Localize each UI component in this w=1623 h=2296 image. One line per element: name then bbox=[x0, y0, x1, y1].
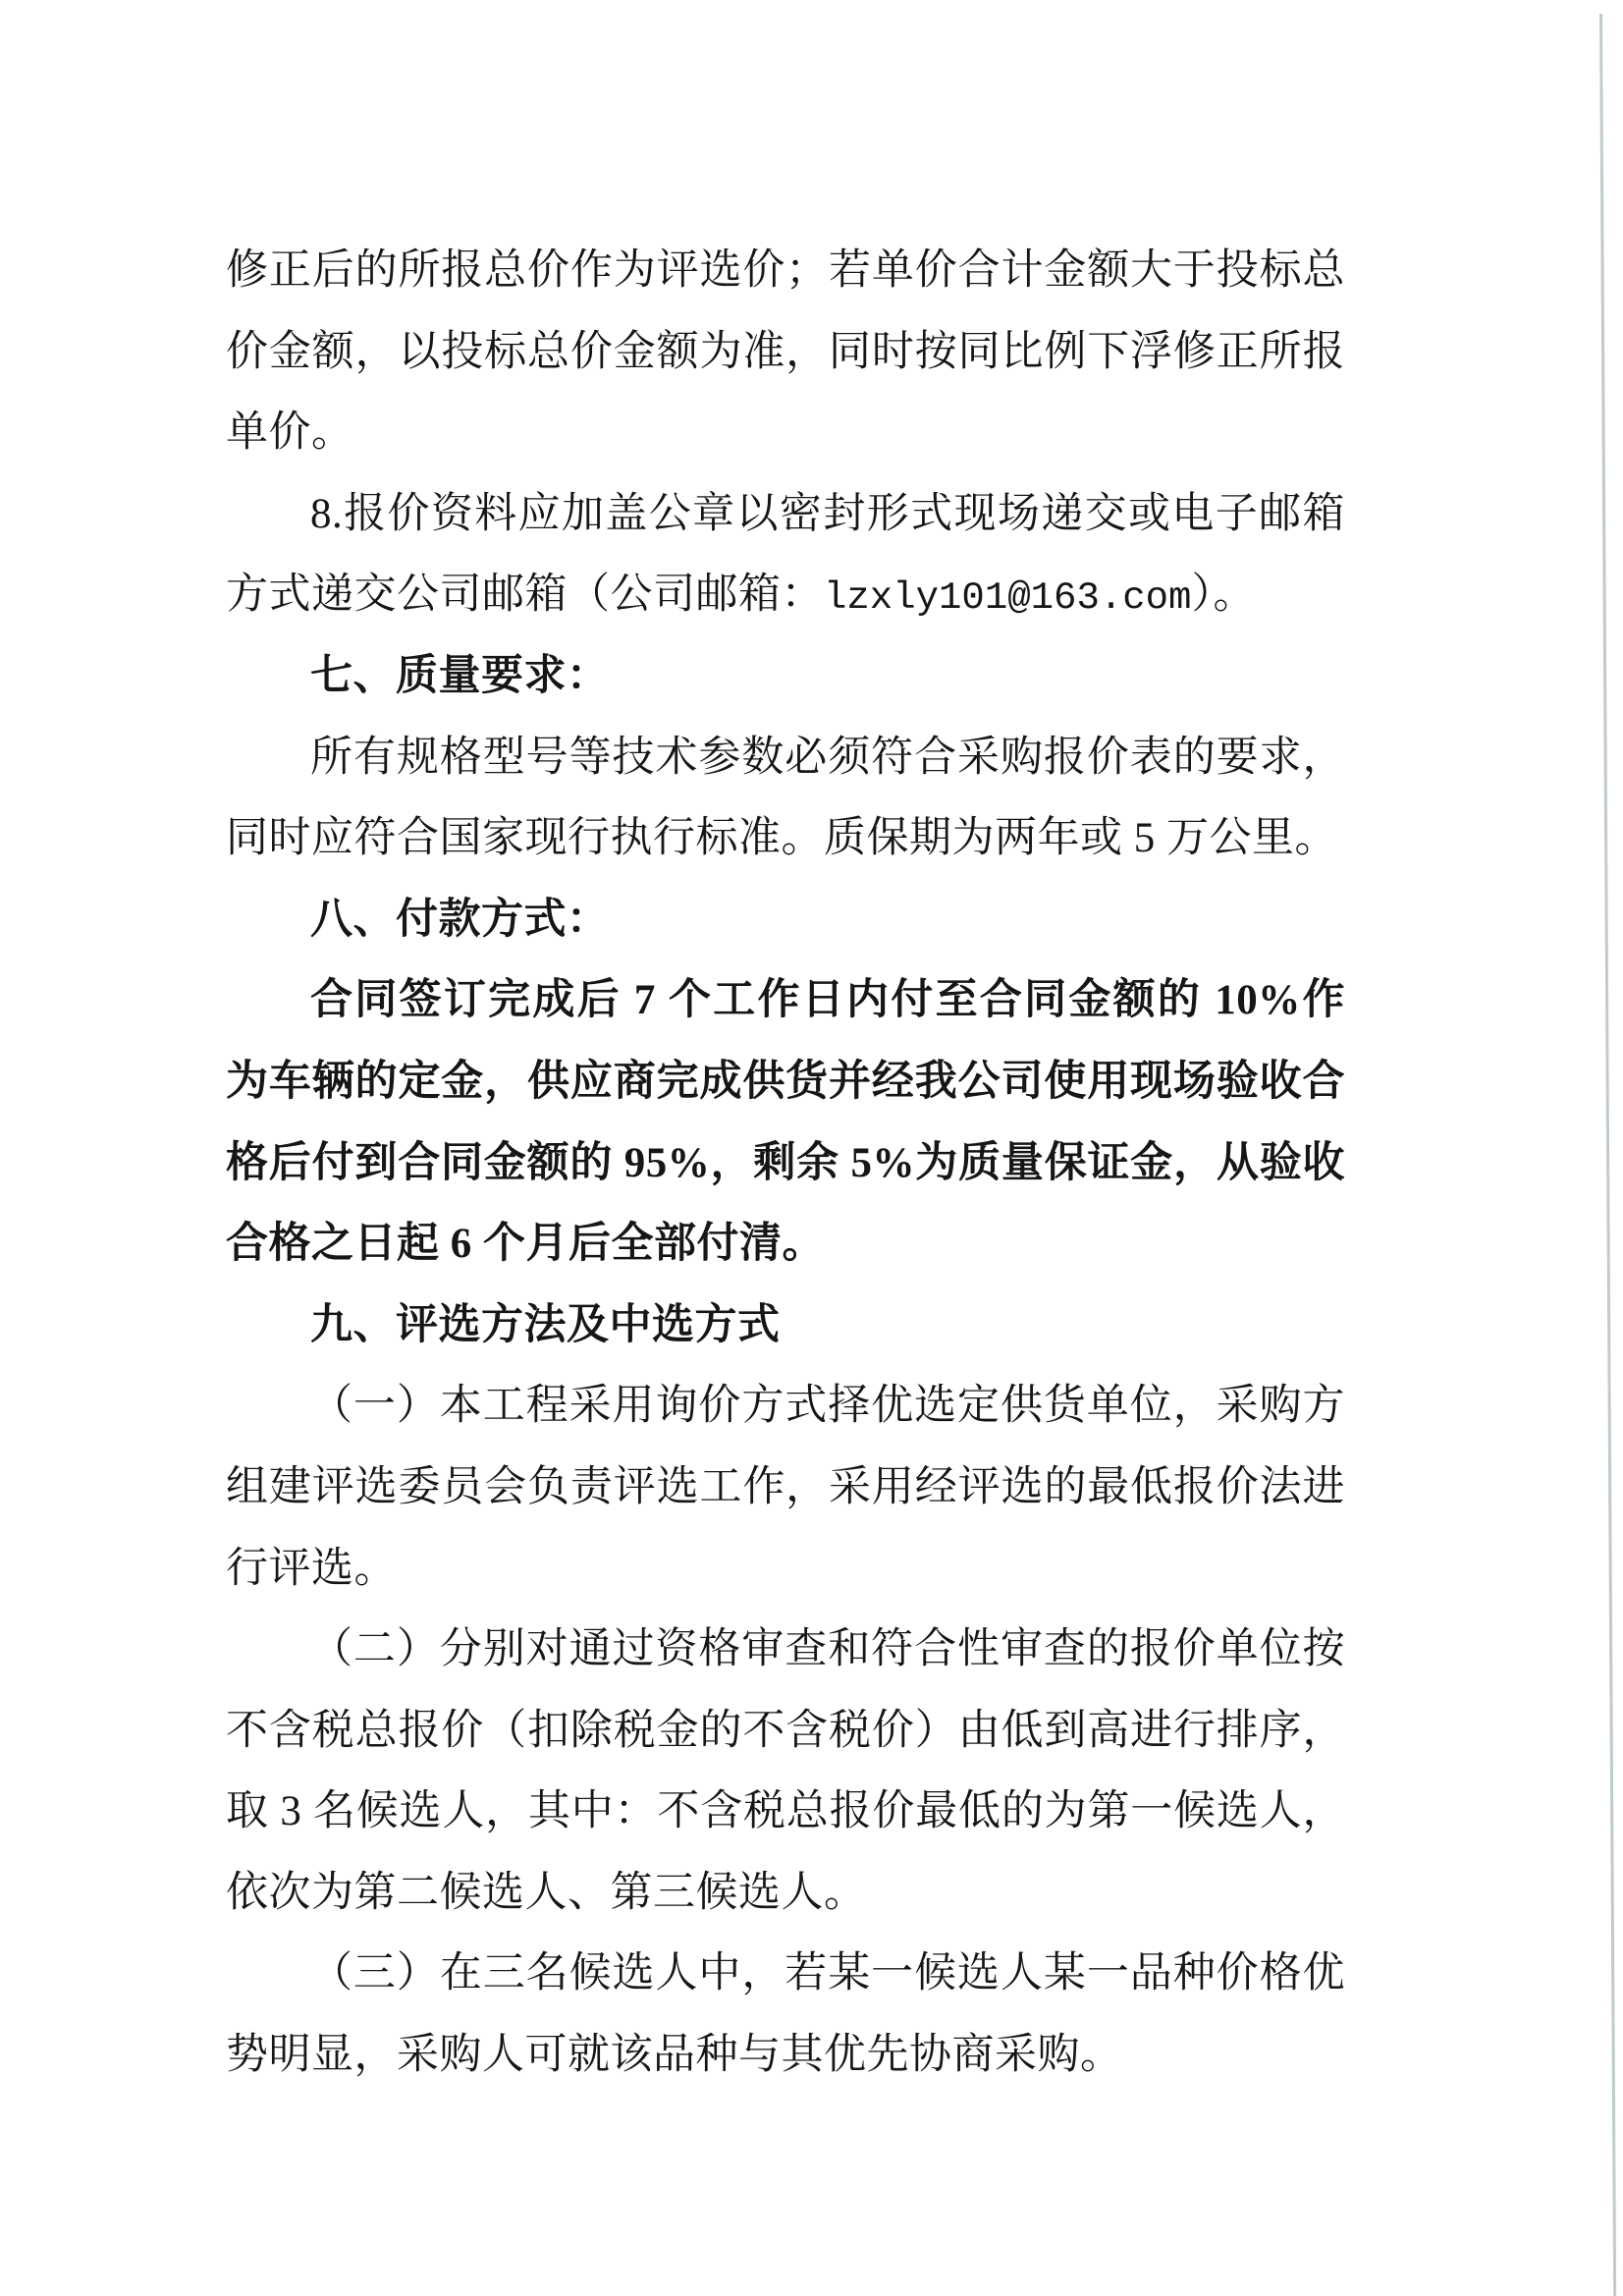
text-line: 合格之日起 6 个月后全部付清。 bbox=[226, 1204, 1345, 1285]
text-line: 所有规格型号等技术参数必须符合采购报价表的要求， bbox=[226, 718, 1345, 799]
text-line-item-2: （二）分别对通过资格审查和符合性审查的报价单位按 bbox=[226, 1610, 1345, 1691]
text-line-email: 方式递交公司邮箱（公司邮箱：lzxly101@163.com）。 bbox=[226, 555, 1345, 636]
email-line-prefix: 方式递交公司邮箱（公司邮箱： bbox=[226, 572, 824, 618]
text-line: 不含税总报价（扣除税金的不含税价）由低到高进行排序， bbox=[226, 1691, 1345, 1773]
email-line-suffix: ）。 bbox=[1191, 572, 1256, 618]
text-line-item-8: 8.报价资料应加盖公章以密封形式现场递交或电子邮箱 bbox=[226, 474, 1345, 556]
section-heading-evaluation: 九、评选方法及中选方式 bbox=[226, 1285, 1345, 1367]
text-line: 依次为第二候选人、第三候选人。 bbox=[226, 1853, 1345, 1935]
email-address: lzxly101@163.com bbox=[824, 576, 1191, 620]
page-edge-artifact-line bbox=[1599, 14, 1616, 2296]
text-line: 格后付到合同金额的 95%，剩余 5%为质量保证金，从验收 bbox=[226, 1123, 1345, 1205]
text-line-item-3: （三）在三名候选人中，若某一候选人某一品种价格优 bbox=[226, 1934, 1345, 2015]
text-line: 势明显，采购人可就该品种与其优先协商采购。 bbox=[226, 2015, 1345, 2097]
text-line: 单价。 bbox=[226, 393, 1345, 474]
text-line-item-1: （一）本工程采用询价方式择优选定供货单位，采购方 bbox=[226, 1366, 1345, 1448]
text-line: 合同签订完成后 7 个工作日内付至合同金额的 10%作 bbox=[226, 960, 1345, 1042]
text-line: 价金额，以投标总价金额为准，同时按同比例下浮修正所报 bbox=[226, 312, 1345, 394]
section-heading-payment: 八、付款方式： bbox=[226, 880, 1345, 961]
section-heading-quality: 七、质量要求： bbox=[226, 636, 1345, 718]
text-line: 行评选。 bbox=[226, 1529, 1345, 1611]
text-line: 为车辆的定金，供应商完成供货并经我公司使用现场验收合 bbox=[226, 1042, 1345, 1123]
text-line: 组建评选委员会负责评选工作，采用经评选的最低报价法进 bbox=[226, 1448, 1345, 1529]
document-body: 修正后的所报总价作为评选价；若单价合计金额大于投标总 价金额，以投标总价金额为准… bbox=[226, 231, 1345, 2097]
text-line: 修正后的所报总价作为评选价；若单价合计金额大于投标总 bbox=[226, 231, 1345, 312]
text-line: 取 3 名候选人，其中：不含税总报价最低的为第一候选人， bbox=[226, 1772, 1345, 1853]
text-line: 同时应符合国家现行执行标准。质保期为两年或 5 万公里。 bbox=[226, 798, 1345, 880]
